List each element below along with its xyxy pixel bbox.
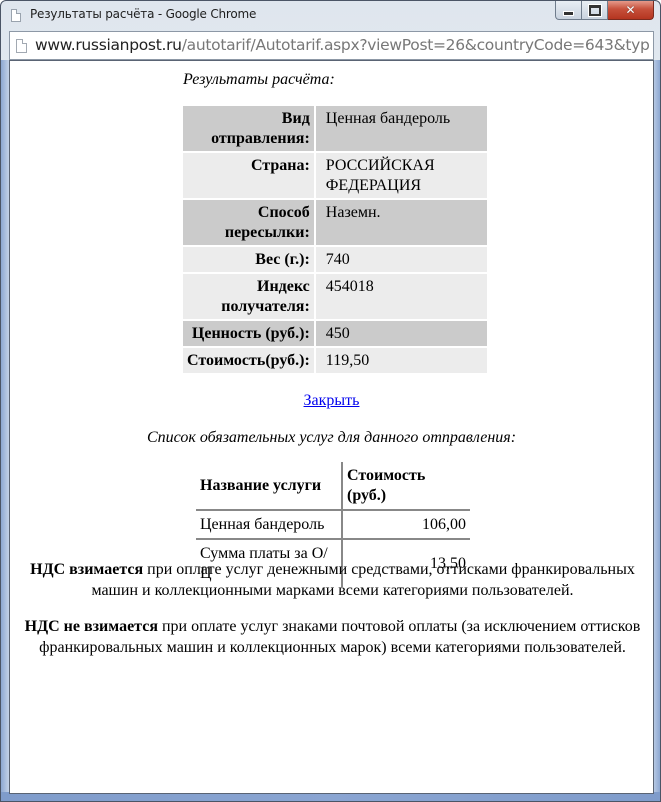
close-link[interactable]: Закрыть xyxy=(304,392,360,409)
url-host: www.russianpost.ru xyxy=(35,36,182,54)
info-row: Способ пересылки:Наземн. xyxy=(183,200,487,247)
close-icon: ✕ xyxy=(625,3,635,17)
info-label: Стоимость(руб.): xyxy=(183,348,314,375)
page-content: Результаты расчёта: Вид отправления:Ценн… xyxy=(9,60,654,794)
header-service-name: Название услуги xyxy=(196,462,342,510)
close-window-button[interactable]: ✕ xyxy=(608,1,654,20)
window-frame-left xyxy=(1,60,9,801)
address-bar[interactable]: www.russianpost.ru/autotarif/Autotarif.a… xyxy=(9,31,654,60)
info-value: 450 xyxy=(316,321,487,348)
services-header-row: Название услуги Стоимость (руб.) xyxy=(196,462,470,510)
info-row: Индекс получателя:454018 xyxy=(183,274,487,321)
title-bar[interactable]: Результаты расчёта - Google Chrome ✕ xyxy=(1,1,660,31)
browser-window: Результаты расчёта - Google Chrome ✕ www… xyxy=(0,0,661,802)
url-path: /autotarif/Autotarif.aspx?viewPost=26&co… xyxy=(182,36,650,54)
info-label: Вес (г.): xyxy=(183,247,314,274)
services-caption: Список обязательных услуг для данного от… xyxy=(10,429,653,447)
info-label: Способ пересылки: xyxy=(183,200,314,247)
info-label: Ценность (руб.): xyxy=(183,321,314,348)
header-cost: Стоимость (руб.) xyxy=(342,462,470,510)
info-label: Страна: xyxy=(183,153,314,200)
page-icon xyxy=(11,9,21,22)
vat-not-charged-bold: НДС не взимается xyxy=(25,618,158,635)
window-title: Результаты расчёта - Google Chrome xyxy=(30,7,256,21)
info-row: Ценность (руб.):450 xyxy=(183,321,487,348)
info-row: Стоимость(руб.):119,50 xyxy=(183,348,487,375)
page-icon xyxy=(16,39,27,53)
maximize-icon xyxy=(589,5,601,16)
service-name: Ценная бандероль xyxy=(196,510,342,539)
maximize-button[interactable] xyxy=(582,1,608,20)
close-link-container: Закрыть xyxy=(10,392,653,410)
window-controls: ✕ xyxy=(555,1,654,21)
vat-not-charged-note: НДС не взимается при оплате услуг знакам… xyxy=(18,616,647,658)
info-value: РОССИЙСКАЯ ФЕДЕРАЦИЯ xyxy=(316,153,487,200)
info-value: Ценная бандероль xyxy=(316,106,487,153)
vat-charged-text: при оплате услуг денежными средствами, о… xyxy=(91,561,634,599)
info-label: Вид отправления: xyxy=(183,106,314,153)
info-value: Наземн. xyxy=(316,200,487,247)
info-row: Вес (г.):740 xyxy=(183,247,487,274)
service-cost: 106,00 xyxy=(342,510,470,539)
vat-charged-bold: НДС взимается xyxy=(30,561,143,578)
table-row: Ценная бандероль 106,00 xyxy=(196,510,470,539)
vat-charged-note: НДС взимается при оплате услуг денежными… xyxy=(18,559,647,601)
results-caption: Результаты расчёта: xyxy=(183,71,335,89)
info-value: 119,50 xyxy=(316,348,487,375)
minimize-button[interactable] xyxy=(555,1,582,20)
minimize-icon xyxy=(563,11,574,16)
info-row: Вид отправления:Ценная бандероль xyxy=(183,106,487,153)
url-text[interactable]: www.russianpost.ru/autotarif/Autotarif.a… xyxy=(35,36,650,54)
info-label: Индекс получателя: xyxy=(183,274,314,321)
info-value: 740 xyxy=(316,247,487,274)
results-table: Вид отправления:Ценная бандерольСтрана:Р… xyxy=(181,106,489,375)
info-row: Страна:РОССИЙСКАЯ ФЕДЕРАЦИЯ xyxy=(183,153,487,200)
info-value: 454018 xyxy=(316,274,487,321)
